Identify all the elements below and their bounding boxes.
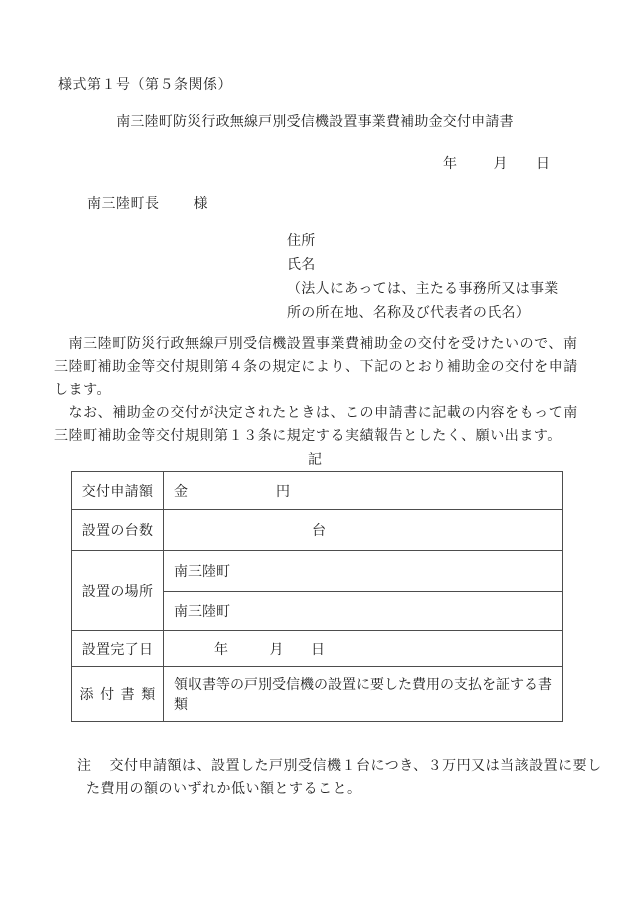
table-row-installation-place-1: 設置の場所 南三陸町	[72, 551, 563, 592]
applicant-address-label: 住所	[287, 230, 559, 254]
applicant-name-label: 氏名	[287, 254, 559, 278]
footnote-line-1: 注 交付申請額は、設置した戸別受信機１台につき、３万円又は当該設置に要し	[77, 755, 602, 778]
units-unit-label: 台	[312, 524, 326, 539]
completion-date-cell: 年 月 日	[164, 631, 563, 667]
footnote-marker: 注	[77, 759, 92, 774]
document-page: 様式第１号（第５条関係） 南三陸町防災行政無線戸別受信機設置事業費補助金交付申請…	[0, 0, 630, 903]
body-line: 三陸町補助金等交付規則第４条の規定により、下記のとおり補助金の交付を申請	[54, 356, 594, 379]
table-row-units-count: 設置の台数 台	[72, 510, 563, 551]
row-label-attachments: 添付書類	[72, 667, 164, 722]
footnote-line-2: た費用の額のいずれか低い額とすること。	[86, 778, 602, 801]
units-count-cell: 台	[164, 510, 563, 551]
applicant-corporate-note-line1: （法人にあっては、主たる事務所又は事業	[287, 278, 559, 302]
installation-place-cell-2: 南三陸町	[164, 592, 563, 631]
installation-place-cell-1: 南三陸町	[164, 551, 563, 592]
amount-prefix-label: 金	[174, 485, 188, 500]
applicant-corporate-note-line2: 所の所在地、名称及び代表者の氏名）	[287, 302, 559, 326]
addressee-line: 南三陸町長 様	[87, 193, 208, 213]
table-row-application-amount: 交付申請額 金 円	[72, 472, 563, 510]
date-line: 年 月 日	[443, 153, 550, 173]
application-amount-cell: 金 円	[164, 472, 563, 510]
completion-day-label: 日	[311, 643, 325, 658]
row-label-application-amount: 交付申請額	[72, 472, 164, 510]
attachments-cell: 領収書等の戸別受信機の設置に要した費用の支払を証する書類	[164, 667, 563, 722]
ki-heading: 記	[0, 449, 630, 469]
row-label-installation-place: 設置の場所	[72, 551, 164, 631]
amount-unit-label: 円	[276, 485, 290, 500]
completion-month-label: 月	[270, 643, 284, 658]
body-line: 南三陸町防災行政無線戸別受信機設置事業費補助金の交付を受けたいので、南	[54, 333, 594, 356]
body-paragraphs: 南三陸町防災行政無線戸別受信機設置事業費補助金の交付を受けたいので、南 三陸町補…	[54, 333, 594, 448]
table-row-completion-date: 設置完了日 年 月 日	[72, 631, 563, 667]
addressee-honorific: 様	[194, 197, 209, 212]
body-line: なお、補助金の交付が決定されたときは、この申請書に記載の内容をもって南	[54, 402, 594, 425]
date-day-label: 日	[536, 157, 550, 172]
attachments-label-text: 添付書類	[80, 684, 156, 704]
footnote-text-1: 交付申請額は、設置した戸別受信機１台につき、３万円又は当該設置に要し	[110, 759, 602, 774]
date-year-label: 年	[443, 157, 457, 172]
date-month-label: 月	[494, 157, 508, 172]
row-label-completion-date: 設置完了日	[72, 631, 164, 667]
form-number: 様式第１号（第５条関係）	[58, 74, 232, 94]
applicant-block: 住所 氏名 （法人にあっては、主たる事務所又は事業 所の所在地、名称及び代表者の…	[287, 230, 559, 326]
document-title: 南三陸町防災行政無線戸別受信機設置事業費補助金交付申請書	[0, 111, 630, 131]
body-line: 三陸町補助金等交付規則第１３条に規定する実績報告としたく、願い出ます。	[54, 425, 594, 448]
addressee-name: 南三陸町長	[87, 197, 160, 212]
body-line: します。	[54, 379, 594, 402]
footnote: 注 交付申請額は、設置した戸別受信機１台につき、３万円又は当該設置に要し た費用…	[77, 755, 602, 801]
row-label-units-count: 設置の台数	[72, 510, 164, 551]
table-row-attachments: 添付書類 領収書等の戸別受信機の設置に要した費用の支払を証する書類	[72, 667, 563, 722]
application-details-table: 交付申請額 金 円 設置の台数 台 設置の場所 南三陸町 南三陸町 設置完了日 …	[71, 471, 563, 722]
completion-year-label: 年	[214, 643, 228, 658]
